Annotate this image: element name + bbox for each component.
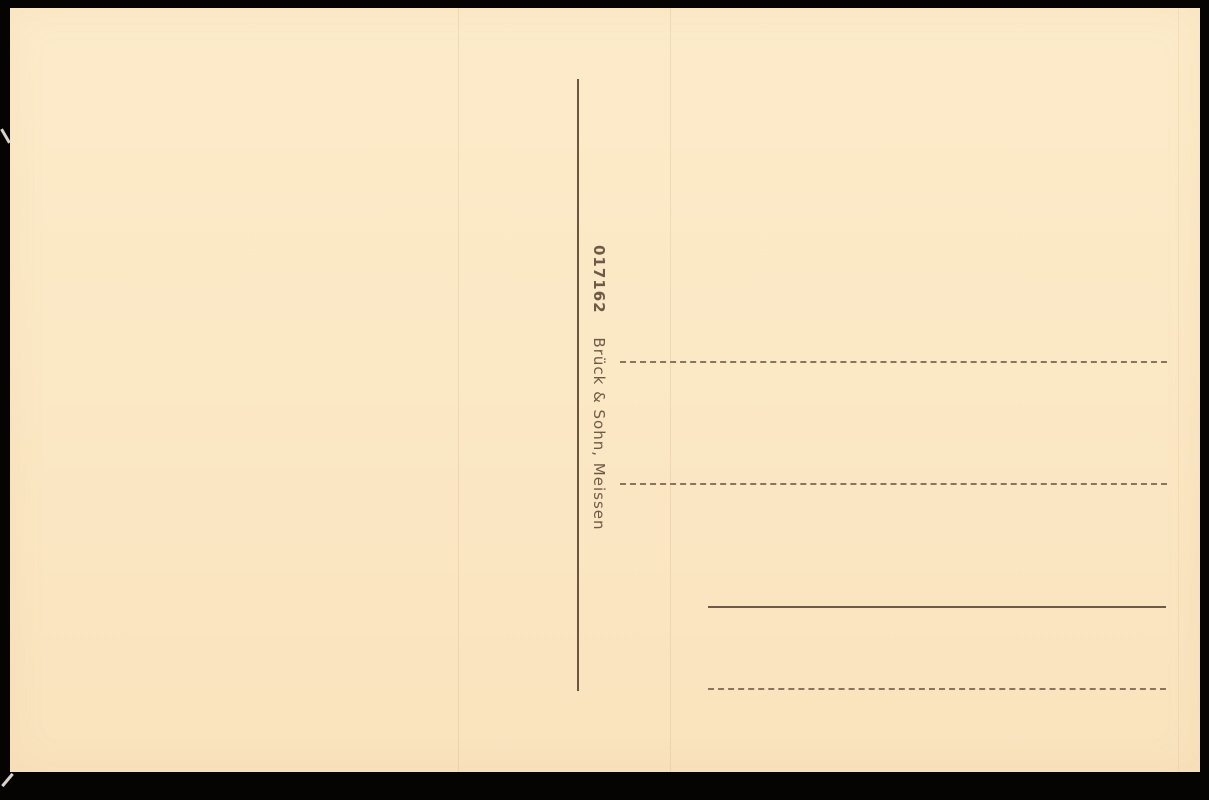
- photo-background: 017162 Brück & Sohn, Meissen: [0, 0, 1209, 800]
- address-line-2: [620, 483, 1167, 485]
- paper-crease: [670, 8, 671, 772]
- address-line-1: [620, 361, 1167, 363]
- paper-crease: [458, 8, 459, 772]
- imprint-code: 017162: [590, 245, 608, 314]
- imprint-text: 017162 Brück & Sohn, Meissen: [590, 245, 608, 531]
- edge-wear: [1, 773, 14, 787]
- message-address-divider: [577, 79, 579, 691]
- publisher-imprint: 017162 Brück & Sohn, Meissen: [588, 245, 610, 527]
- postcard-back: 017162 Brück & Sohn, Meissen: [10, 8, 1200, 772]
- imprint-publisher: Brück & Sohn, Meissen: [590, 337, 608, 530]
- paper-crease: [1178, 8, 1179, 772]
- address-line-3: [708, 606, 1166, 608]
- address-line-4: [708, 688, 1166, 690]
